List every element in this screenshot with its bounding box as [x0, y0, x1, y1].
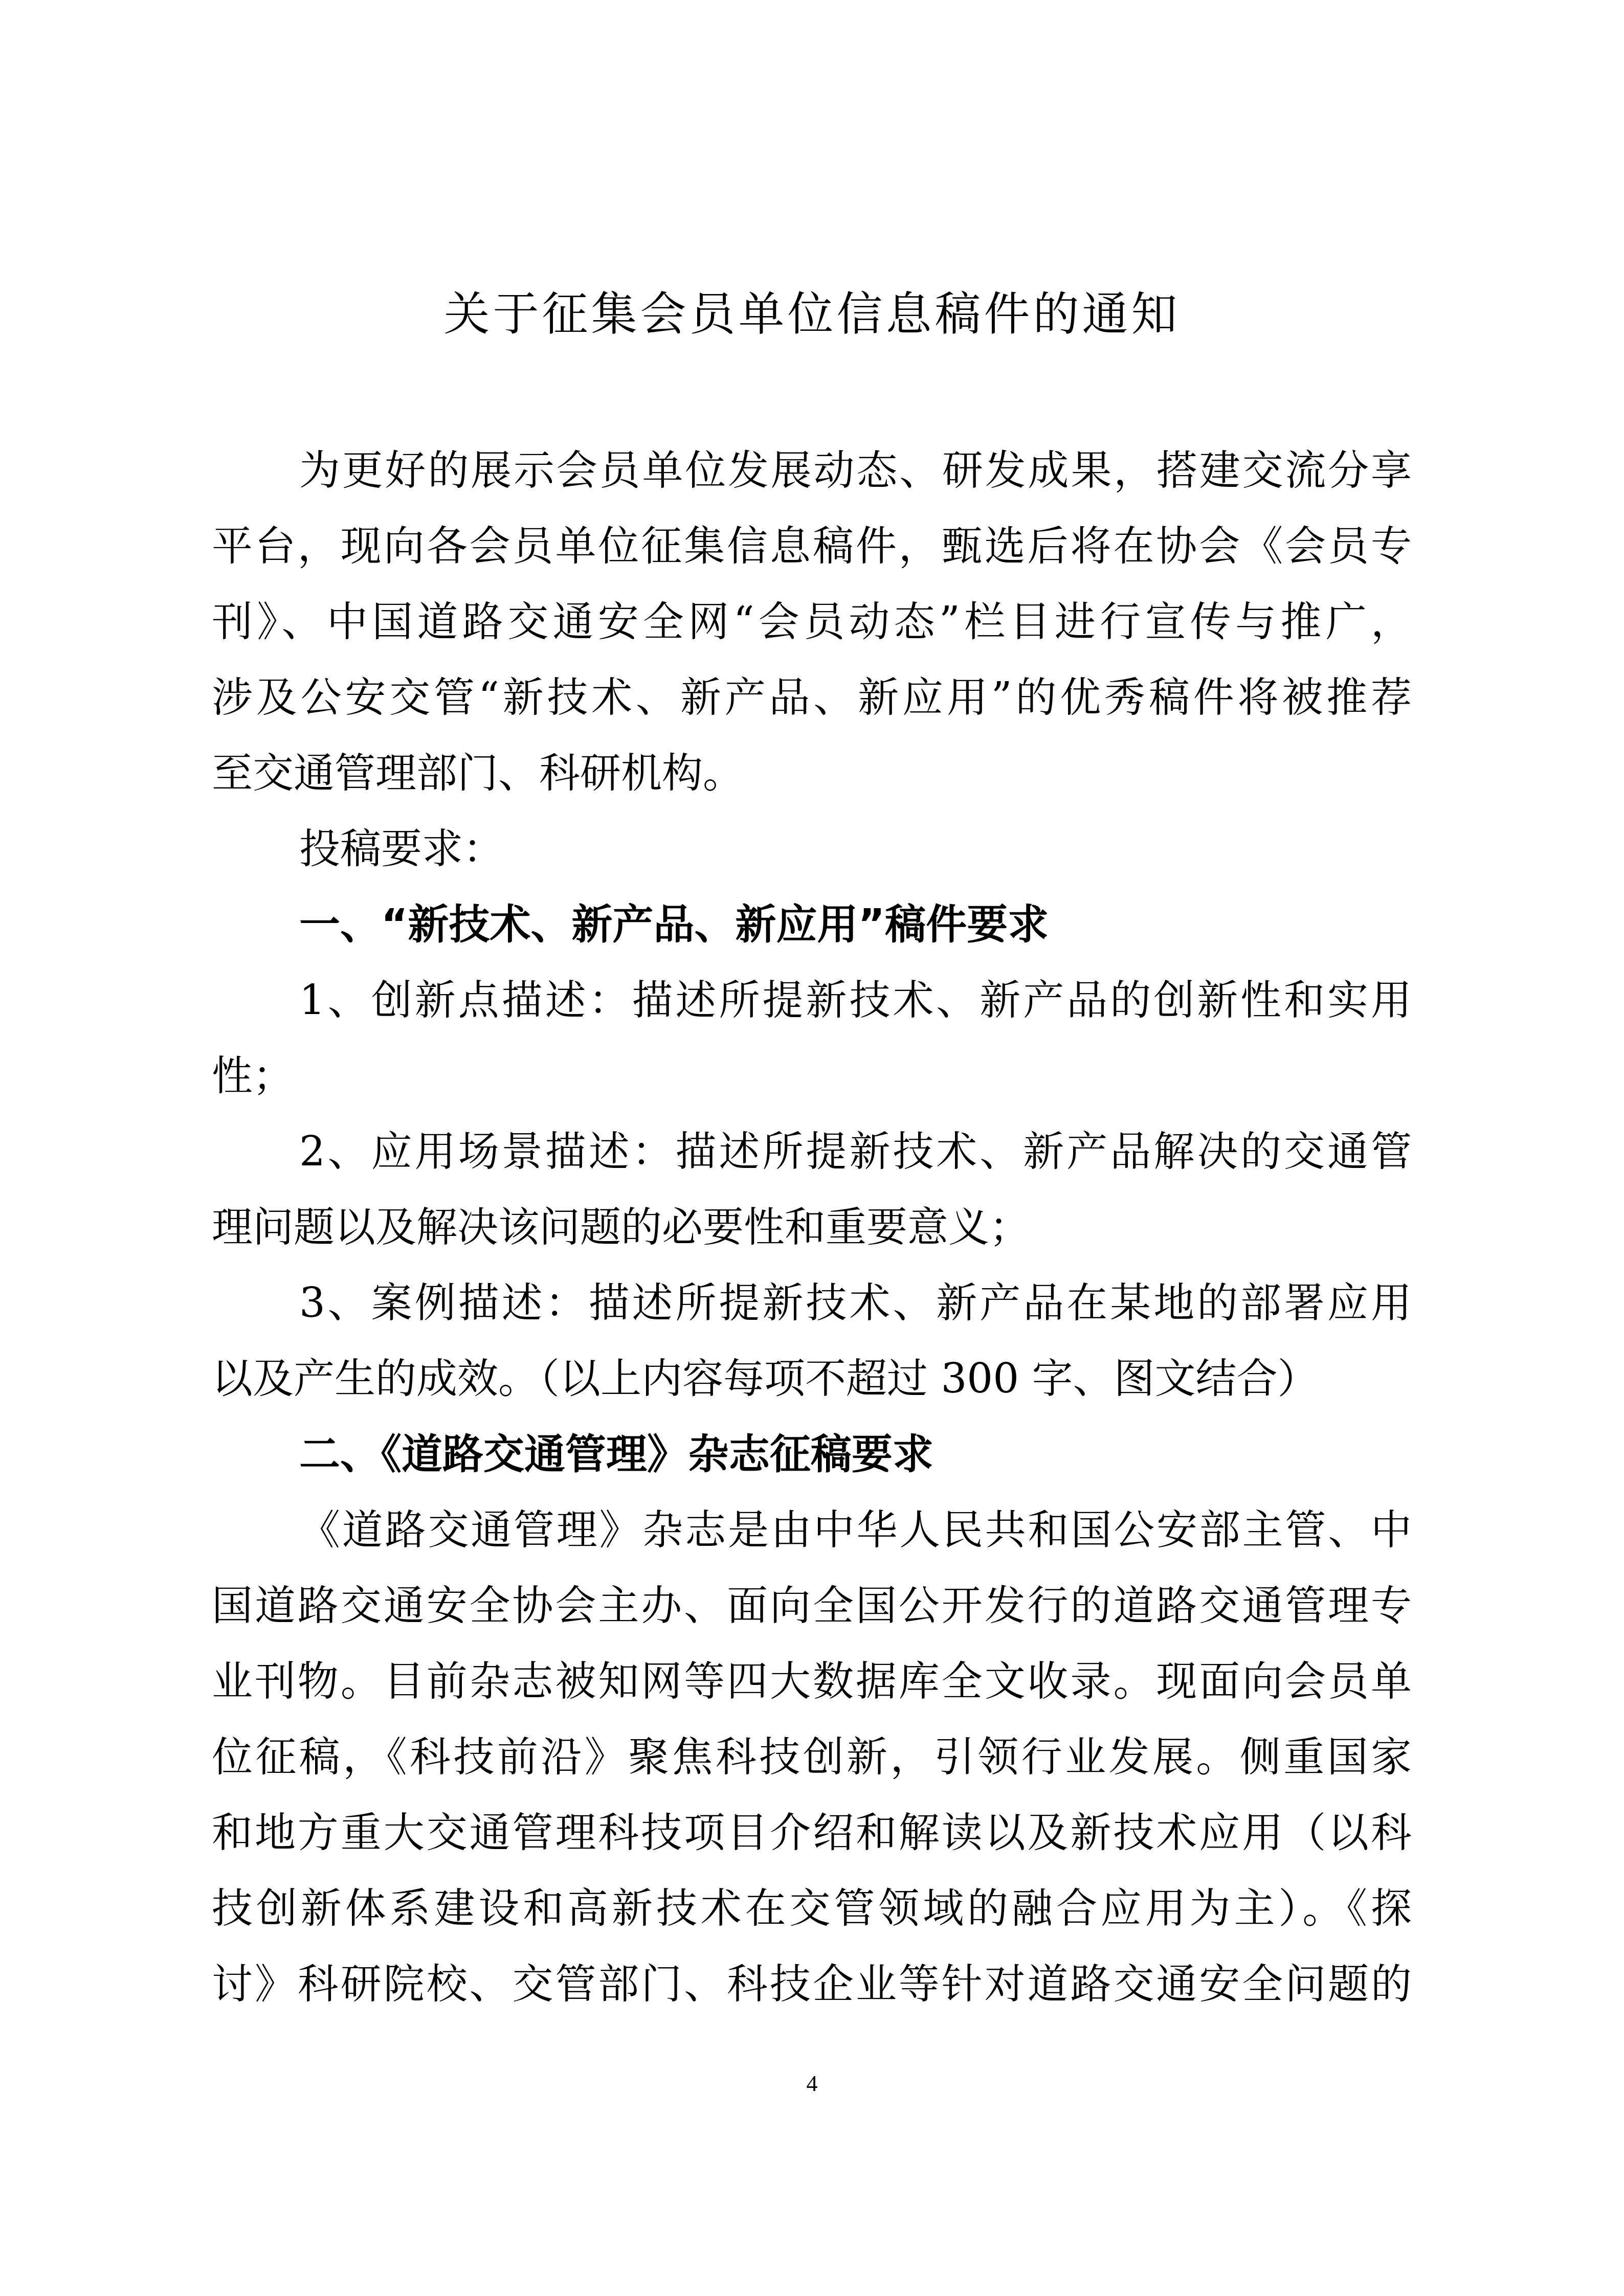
paragraph-intro-line-1: 为更好的展示会员单位发展动态、研发成果，搭建交流分享 — [299, 445, 1412, 496]
magazine-paragraph-line-6: 技创新体系建设和高新技术在交管领域的融合应用为主）。《探 — [212, 1883, 1412, 1934]
item-2-line-1: 2、应用场景描述：描述所提新技术、新产品解决的交通管 — [299, 1126, 1412, 1177]
paragraph-intro-line-5: 至交通管理部门、科研机构。 — [212, 748, 1412, 799]
document-title: 关于征集会员单位信息稿件的通知 — [0, 286, 1624, 343]
paragraph-intro-line-3: 刊》、中国道路交通安全网“会员动态”栏目进行宣传与推广， — [212, 596, 1412, 647]
magazine-paragraph-line-4: 位征稿，《科技前沿》聚焦科技创新，引领行业发展。侧重国家 — [212, 1731, 1412, 1783]
page-number: 4 — [0, 2071, 1624, 2097]
section-heading-2: 二、《道路交通管理》杂志征稿要求 — [299, 1429, 1412, 1480]
document-page: 关于征集会员单位信息稿件的通知 为更好的展示会员单位发展动态、研发成果，搭建交流… — [0, 0, 1624, 2296]
item-1-line-1: 1、创新点描述：描述所提新技术、新产品的创新性和实用 — [299, 975, 1412, 1026]
item-1-line-2: 性； — [212, 1050, 1412, 1101]
magazine-paragraph-line-2: 国道路交通安全协会主办、面向全国公开发行的道路交通管理专 — [212, 1580, 1412, 1631]
magazine-paragraph-line-1: 《道路交通管理》杂志是由中华人民共和国公安部主管、中 — [299, 1504, 1412, 1556]
magazine-paragraph-line-7: 讨》科研院校、交管部门、科技企业等针对道路交通安全问题的 — [212, 1959, 1412, 2010]
magazine-paragraph-line-5: 和地方重大交通管理科技项目介绍和解读以及新技术应用（以科 — [212, 1807, 1412, 1858]
submission-requirements-label: 投稿要求： — [299, 823, 1412, 874]
item-2-line-2: 理问题以及解决该问题的必要性和重要意义； — [212, 1202, 1412, 1253]
item-3-line-1: 3、案例描述：描述所提新技术、新产品在某地的部署应用 — [299, 1277, 1412, 1329]
paragraph-intro-line-4: 涉及公安交管“新技术、新产品、新应用”的优秀稿件将被推荐 — [212, 672, 1412, 723]
magazine-paragraph-line-3: 业刊物。目前杂志被知网等四大数据库全文收录。现面向会员单 — [212, 1656, 1412, 1707]
section-heading-1: 一、“新技术、新产品、新应用”稿件要求 — [299, 899, 1412, 950]
item-3-line-2: 以及产生的成效。（以上内容每项不超过 300 字、图文结合） — [212, 1353, 1412, 1404]
paragraph-intro-line-2: 平台，现向各会员单位征集信息稿件，甄选后将在协会《会员专 — [212, 521, 1412, 572]
